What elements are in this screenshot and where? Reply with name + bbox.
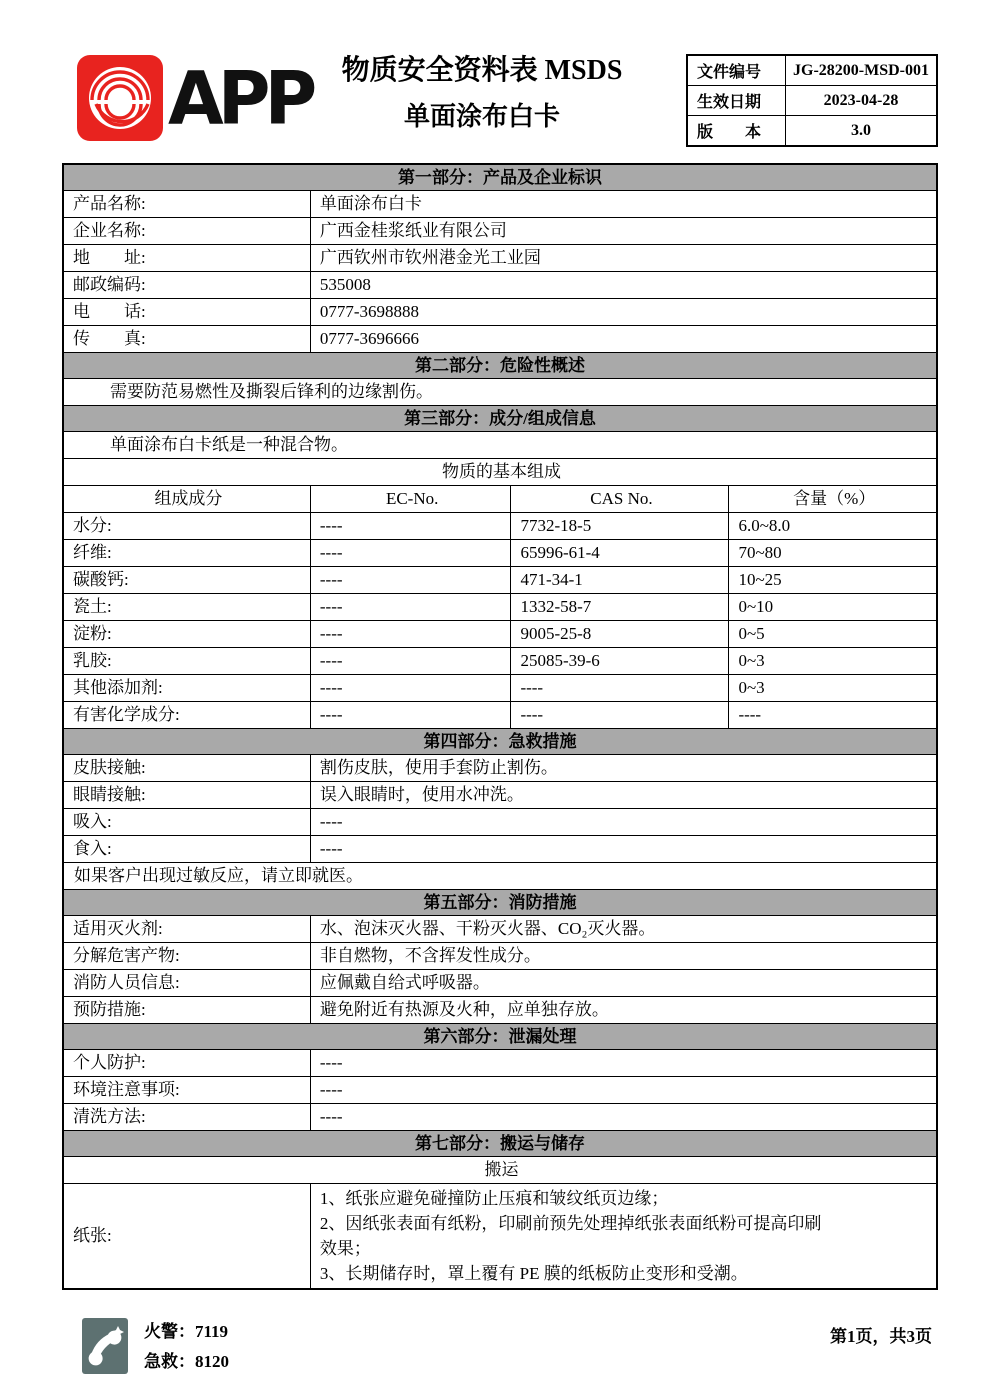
document-header: APP 物质安全资料表 MSDS 单面涂布白卡 文件编号 JG-28200-MS… [62,40,938,156]
table-cell: 环境注意事项: [64,1077,310,1103]
table-cell: 6.0~8.0 [728,513,936,539]
app-logo-icon [76,54,164,142]
table-cell: ---- [310,594,511,620]
table-cell: 非自燃物，不含挥发性成分。 [310,943,936,969]
table-cell: 应佩戴自给式呼吸器。 [310,970,936,996]
table-cell: ---- [310,1077,936,1103]
table-cell: 70~80 [728,540,936,566]
table-cell: 7732-18-5 [510,513,728,539]
table-cell: CAS No. [510,486,728,512]
table-cell: 适用灭火剂: [64,916,310,942]
doc-number-value: JG-28200-MSD-001 [786,56,936,85]
table-row: 如果客户出现过敏反应，请立即就医。 [64,862,936,889]
table-row: 有害化学成分:------------ [64,701,936,728]
table-row: 碳酸钙:----471-34-110~25 [64,566,936,593]
info-row-effective-date: 生效日期 2023-04-28 [688,85,936,115]
title-line1: 物质安全资料表 MSDS [262,54,702,88]
table-cell: 纸张: [64,1184,310,1288]
table-cell: 广西钦州市钦州港金光工业园 [310,245,936,271]
table-cell: 10~25 [728,567,936,593]
table-cell: 其他添加剂: [64,675,310,701]
table-cell: 0~5 [728,621,936,647]
table-cell: ---- [310,567,511,593]
table-row: 吸入:---- [64,808,936,835]
table-row: 地 址:广西钦州市钦州港金光工业园 [64,244,936,271]
table-cell: 物质的基本组成 [64,459,936,485]
table-cell: 乳胶: [64,648,310,674]
table-cell: 水分: [64,513,310,539]
table-row: 环境注意事项:---- [64,1076,936,1103]
table-row: 传 真:0777-3696666 [64,325,936,352]
section-header: 第二部分：危险性概述 [64,352,936,378]
table-cell: EC-No. [310,486,511,512]
table-row: 其他添加剂:--------0~3 [64,674,936,701]
table-cell: 瓷土: [64,594,310,620]
table-cell: ---- [510,675,728,701]
table-row: 分解危害产物:非自燃物，不含挥发性成分。 [64,942,936,969]
table-row: 食入:---- [64,835,936,862]
version-value: 3.0 [786,116,936,145]
table-cell-line: 2、因纸张表面有纸粉，印刷前预先处理掉纸张表面纸粉可提高印刷 [320,1211,930,1236]
table-cell: ---- [310,540,511,566]
table-row: 组成成分EC-No.CAS No.含量（%） [64,485,936,512]
info-row-version: 版 本 3.0 [688,115,936,145]
document-info-box: 文件编号 JG-28200-MSD-001 生效日期 2023-04-28 版 … [686,54,938,147]
table-cell: 皮肤接触: [64,755,310,781]
table-cell: 避免附近有热源及火种，应单独存放。 [310,997,936,1023]
table-cell: 0~10 [728,594,936,620]
table-cell: 有害化学成分: [64,702,310,728]
table-cell: 纤维: [64,540,310,566]
table-row: 电 话:0777-3698888 [64,298,936,325]
table-cell: 消防人员信息: [64,970,310,996]
table-row: 个人防护:---- [64,1049,936,1076]
table-cell: ---- [310,513,511,539]
table-row: 企业名称:广西金桂浆纸业有限公司 [64,217,936,244]
table-cell: 535008 [310,272,936,298]
table-cell: 0777-3696666 [310,326,936,352]
table-row: 眼睛接触:误入眼睛时，使用水冲洗。 [64,781,936,808]
table-row: 物质的基本组成 [64,458,936,485]
table-row: 搬运 [64,1156,936,1183]
version-label: 版 本 [688,116,786,145]
table-cell: 单面涂布白卡纸是一种混合物。 [64,432,936,458]
table-cell: ---- [310,621,511,647]
doc-number-label: 文件编号 [688,56,786,85]
table-cell: 误入眼睛时，使用水冲洗。 [310,782,936,808]
table-row: 纤维:----65996-61-470~80 [64,539,936,566]
first-aid-hotline-label: 急救： [144,1352,195,1371]
table-cell: 地 址: [64,245,310,271]
table-cell: ---- [310,1104,936,1130]
section-header: 第五部分：消防措施 [64,889,936,915]
table-row: 淀粉:----9005-25-80~5 [64,620,936,647]
emergency-hotlines: 火警：7119 急救：8120 [144,1317,229,1377]
section-header: 第六部分：泄漏处理 [64,1023,936,1049]
table-cell-line: 1、纸张应避免碰撞防止压痕和皱纹纸页边缘； [320,1186,930,1211]
table-cell: 单面涂布白卡 [310,191,936,217]
table-row: 产品名称:单面涂布白卡 [64,190,936,217]
table-cell: ---- [728,702,936,728]
table-row: 预防措施:避免附近有热源及火种，应单独存放。 [64,996,936,1023]
table-cell: 水、泡沫灭火器、干粉灭火器、CO₂灭火器。 [310,916,936,942]
table-row: 单面涂布白卡纸是一种混合物。 [64,431,936,458]
table-cell: 邮政编码: [64,272,310,298]
section-header: 第七部分：搬运与储存 [64,1130,936,1156]
table-cell: 预防措施: [64,997,310,1023]
table-cell: ---- [310,702,511,728]
msds-document: APP 物质安全资料表 MSDS 单面涂布白卡 文件编号 JG-28200-MS… [0,0,1000,1400]
fire-hotline: 火警：7119 [144,1317,229,1347]
document-title: 物质安全资料表 MSDS 单面涂布白卡 [262,54,702,134]
table-row: 消防人员信息:应佩戴自给式呼吸器。 [64,969,936,996]
table-cell: 割伤皮肤，使用手套防止割伤。 [310,755,936,781]
table-cell: 广西金桂浆纸业有限公司 [310,218,936,244]
table-cell: 吸入: [64,809,310,835]
table-cell: 0~3 [728,648,936,674]
table-cell: ---- [310,809,936,835]
first-aid-hotline-value: 8120 [195,1352,229,1371]
table-cell: ---- [310,648,511,674]
table-cell: 25085-39-6 [510,648,728,674]
table-cell: 1332-58-7 [510,594,728,620]
table-cell: 电 话: [64,299,310,325]
table-row: 瓷土:----1332-58-70~10 [64,593,936,620]
phone-icon [82,1318,128,1374]
effective-date-label: 生效日期 [688,86,786,115]
table-cell: 0~3 [728,675,936,701]
table-cell: ---- [310,1050,936,1076]
msds-table: 第一部分：产品及企业标识产品名称:单面涂布白卡企业名称:广西金桂浆纸业有限公司地… [62,163,938,1290]
section-header: 第四部分：急救措施 [64,728,936,754]
table-cell: 食入: [64,836,310,862]
table-row: 纸张:1、纸张应避免碰撞防止压痕和皱纹纸页边缘；2、因纸张表面有纸粉，印刷前预先… [64,1183,936,1288]
table-cell: 65996-61-4 [510,540,728,566]
info-row-doc-number: 文件编号 JG-28200-MSD-001 [688,56,936,85]
table-cell-line: 效果； [320,1236,930,1261]
section-header: 第一部分：产品及企业标识 [64,165,936,190]
table-row: 皮肤接触:割伤皮肤，使用手套防止割伤。 [64,754,936,781]
table-cell: 需要防范易燃性及撕裂后锋利的边缘割伤。 [64,379,936,405]
table-cell: 分解危害产物: [64,943,310,969]
table-cell: 组成成分 [64,486,310,512]
table-row: 需要防范易燃性及撕裂后锋利的边缘割伤。 [64,378,936,405]
table-cell: 传 真: [64,326,310,352]
table-cell: 碳酸钙: [64,567,310,593]
table-cell: 产品名称: [64,191,310,217]
table-row: 邮政编码:535008 [64,271,936,298]
fire-hotline-value: 7119 [195,1322,228,1341]
table-cell: 9005-25-8 [510,621,728,647]
title-line2: 单面涂布白卡 [262,100,702,134]
table-cell: 1、纸张应避免碰撞防止压痕和皱纹纸页边缘；2、因纸张表面有纸粉，印刷前预先处理掉… [310,1184,936,1288]
table-cell: 眼睛接触: [64,782,310,808]
table-cell: 搬运 [64,1157,936,1183]
section-header: 第三部分：成分/组成信息 [64,405,936,431]
table-cell: 如果客户出现过敏反应，请立即就医。 [64,863,936,889]
table-row: 乳胶:----25085-39-60~3 [64,647,936,674]
fire-hotline-label: 火警： [144,1322,195,1341]
page-number: 第1页，共3页 [830,1322,932,1347]
table-cell: 清洗方法: [64,1104,310,1130]
table-cell: 0777-3698888 [310,299,936,325]
table-cell: 471-34-1 [510,567,728,593]
table-row: 水分:----7732-18-56.0~8.0 [64,512,936,539]
document-footer: 火警：7119 急救：8120 第1页，共3页 [62,1316,938,1388]
table-cell: ---- [510,702,728,728]
table-cell: 淀粉: [64,621,310,647]
table-cell: 个人防护: [64,1050,310,1076]
table-cell: ---- [310,675,511,701]
first-aid-hotline: 急救：8120 [144,1347,229,1377]
table-cell: 企业名称: [64,218,310,244]
table-cell: ---- [310,836,936,862]
table-row: 清洗方法:---- [64,1103,936,1130]
table-cell-line: 3、长期储存时，罩上覆有 PE 膜的纸板防止变形和受潮。 [320,1261,930,1286]
table-cell: 含量（%） [728,486,936,512]
table-row: 适用灭火剂:水、泡沫灭火器、干粉灭火器、CO₂灭火器。 [64,915,936,942]
effective-date-value: 2023-04-28 [786,86,936,115]
